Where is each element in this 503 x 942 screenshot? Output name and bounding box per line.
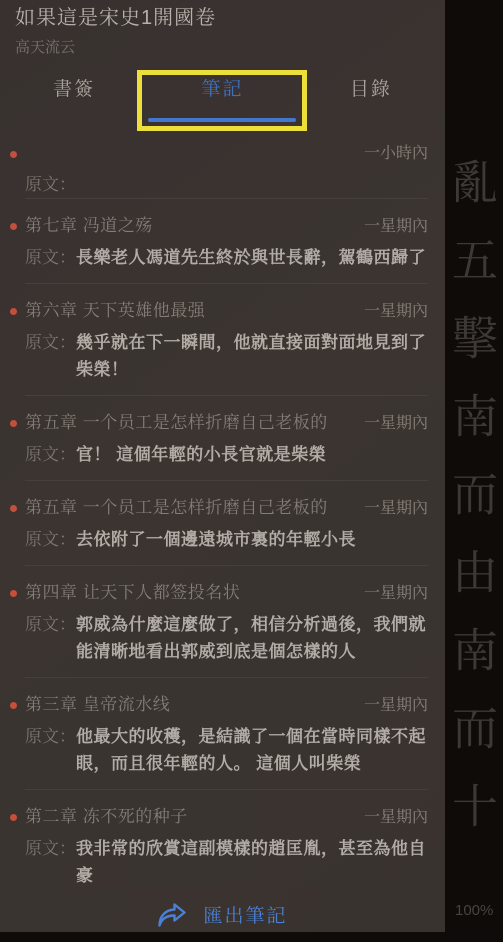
tab-notes-label: 筆記 xyxy=(148,78,296,102)
note-item[interactable]: 第四章 让天下人都签投名状 一星期內 原文： 郭威為什麼這麼做了，相信分析過後，… xyxy=(25,566,428,678)
tab-toc-label: 目錄 xyxy=(297,78,445,102)
note-item[interactable]: 第七章 冯道之殇 一星期內 原文： 長樂老人馮道先生終於與世長辭，駕鶴西歸了 xyxy=(25,199,428,284)
note-excerpt: 長樂老人馮道先生終於與世長辭，駕鶴西歸了 xyxy=(76,244,428,271)
note-item[interactable]: 第二章 冻不死的种子 一星期內 原文： 我非常的欣賞這副模樣的趙匡胤，甚至為他自… xyxy=(25,790,428,889)
book-title: 如果這是宋史1開國卷 xyxy=(15,4,445,32)
note-item[interactable]: 第五章 一个员工是怎样折磨自己老板的 一星期內 原文： 去依附了一個邊遠城市裏的… xyxy=(25,481,428,566)
note-timestamp: 一星期內 xyxy=(364,301,428,323)
excerpt-label: 原文： xyxy=(25,329,76,383)
note-item[interactable]: 第五章 一个员工是怎样折磨自己老板的 一星期內 原文： 官！ 這個年輕的小長官就… xyxy=(25,396,428,481)
tab-bookmarks[interactable]: 書簽 xyxy=(0,66,148,122)
note-timestamp: 一星期內 xyxy=(364,695,428,717)
note-bullet-icon xyxy=(10,702,17,709)
book-page-vertical-text: 亂五擊南而由南而十 xyxy=(448,158,496,860)
note-excerpt: 幾乎就在下一瞬間，他就直接面對面地見到了柴榮！ xyxy=(76,329,428,383)
note-timestamp: 一星期內 xyxy=(364,807,428,829)
note-excerpt: 官！ 這個年輕的小長官就是柴榮 xyxy=(76,441,428,468)
tab-bookmarks-label: 書簽 xyxy=(0,78,148,102)
note-chapter: 第二章 冻不死的种子 xyxy=(25,806,188,828)
note-chapter: 第七章 冯道之殇 xyxy=(25,215,153,237)
note-timestamp: 一星期內 xyxy=(364,216,428,238)
note-timestamp: 一星期內 xyxy=(364,413,428,435)
book-header: 如果這是宋史1開國卷 高天流云 xyxy=(0,0,445,58)
note-bullet-icon xyxy=(10,420,17,427)
excerpt-label: 原文： xyxy=(25,835,76,889)
note-item[interactable]: 第六章 天下英雄他最强 一星期內 原文： 幾乎就在下一瞬間，他就直接面對面地見到… xyxy=(25,284,428,396)
screen: 亂五擊南而由南而十 100% 如果這是宋史1開國卷 高天流云 書簽 筆記 目錄 xyxy=(0,0,503,942)
note-chapter: 第三章 皇帝流水线 xyxy=(25,694,170,716)
excerpt-label: 原文： xyxy=(25,723,76,777)
note-excerpt: 他最大的收穫，是結識了一個在當時同樣不起眼，而且很年輕的人。 這個人叫柴榮 xyxy=(76,723,428,777)
tab-toc[interactable]: 目錄 xyxy=(297,66,445,122)
note-bullet-icon xyxy=(10,814,17,821)
note-timestamp: 一星期內 xyxy=(364,583,428,605)
book-author: 高天流云 xyxy=(15,38,445,58)
zoom-level-indicator: 100% xyxy=(455,902,493,919)
note-chapter: 第五章 一个员工是怎样折磨自己老板的 xyxy=(25,412,328,434)
excerpt-label: 原文： xyxy=(25,611,76,665)
note-bullet-icon xyxy=(10,151,17,158)
note-bullet-icon xyxy=(10,590,17,597)
excerpt-label: 原文： xyxy=(25,244,76,271)
export-notes-label: 匯出筆記 xyxy=(203,901,287,928)
share-icon xyxy=(157,902,187,928)
note-bullet-icon xyxy=(10,505,17,512)
excerpt-label: 原文： xyxy=(25,441,76,468)
note-chapter: 第四章 让天下人都签投名状 xyxy=(25,582,240,604)
note-excerpt xyxy=(76,171,428,198)
tab-active-underline xyxy=(148,118,296,122)
note-chapter: 第五章 一个员工是怎样折磨自己老板的 xyxy=(25,497,328,519)
note-timestamp: 一小時內 xyxy=(364,143,428,165)
note-excerpt: 郭威為什麼這麼做了，相信分析過後，我們就能清晰地看出郭威到底是個怎樣的人 xyxy=(76,611,428,665)
excerpt-label: 原文： xyxy=(25,171,76,198)
notes-panel: 如果這是宋史1開國卷 高天流云 書簽 筆記 目錄 一小時內 xyxy=(0,0,445,932)
note-item[interactable]: 一小時內 原文： xyxy=(25,133,428,199)
note-list: 一小時內 原文： 第七章 冯道之殇 一星期內 原文： 長樂老人馮道先生終於與世長… xyxy=(0,133,445,889)
note-excerpt: 去依附了一個邊遠城市裏的年輕小長 xyxy=(76,526,428,553)
note-chapter: 第六章 天下英雄他最强 xyxy=(25,300,205,322)
tab-bar: 書簽 筆記 目錄 xyxy=(0,66,445,122)
excerpt-label: 原文： xyxy=(25,526,76,553)
note-excerpt: 我非常的欣賞這副模樣的趙匡胤，甚至為他自豪 xyxy=(76,835,428,889)
note-bullet-icon xyxy=(10,223,17,230)
note-item[interactable]: 第三章 皇帝流水线 一星期內 原文： 他最大的收穫，是結識了一個在當時同樣不起眼… xyxy=(25,678,428,790)
export-notes-button[interactable]: 匯出筆記 xyxy=(0,901,445,928)
note-timestamp: 一星期內 xyxy=(364,498,428,520)
tab-notes[interactable]: 筆記 xyxy=(148,66,296,122)
note-bullet-icon xyxy=(10,308,17,315)
